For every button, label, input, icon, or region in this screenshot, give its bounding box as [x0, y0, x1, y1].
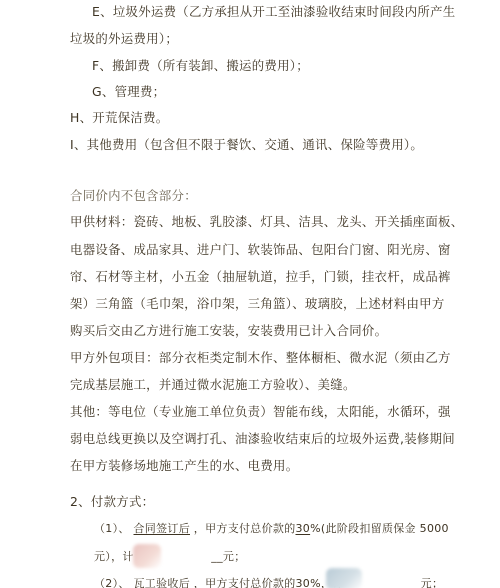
term-amount-label: 元），计: [94, 550, 134, 563]
term-text-a: ，甲方支付总价款的: [194, 522, 296, 535]
fee-item-e-line2: 垃圾的外运费用）；: [70, 29, 178, 47]
term-amount-unit: __元；: [211, 550, 245, 563]
payment-heading: 2、付款方式：: [70, 492, 154, 510]
supply-line-4: 架）三角篮（毛巾架，浴巾架，三角篮）、玻璃胶，上述材料由甲方: [70, 294, 445, 312]
fee-item-g: G、管理费；: [92, 82, 165, 100]
fee-item-i: I、其他费用（包含但不限于餐饮、交通、通讯、保险等费用）。: [70, 135, 423, 153]
supply-line-2: 电器设备、成品家具、进户门、软装饰品、包阳台门窗、阳光房、窗: [70, 240, 451, 258]
term-number: （2）、: [94, 577, 130, 588]
term-percent: 30: [296, 522, 311, 535]
term-number: （1）、: [94, 522, 130, 535]
redaction-smudge: [326, 568, 362, 588]
term-condition: 瓦工验收后: [134, 577, 191, 588]
payment-term-1-line2: 元），计 __元；: [94, 548, 246, 564]
term-amount-unit: __元；: [409, 577, 443, 588]
outsourced-line-1: 甲方外包项目：部分衣柜类定制木作、整体橱柜、微水泥（须由乙方: [70, 348, 451, 366]
payment-term-1: （1）、 合同签订后 ，甲方支付总价款的30%(此阶段扣留质保金 5000: [94, 520, 449, 536]
term-condition: 合同签订后: [134, 522, 191, 535]
outsourced-line-2: 完成基层施工，并通过微水泥施工方验收）、美缝。: [70, 375, 356, 393]
supply-line-3: 帘、石材等主材，小五金（抽屉轨道，拉手，门锁，挂衣杆，成品裤: [70, 267, 451, 285]
excluded-heading: 合同价内不包含部分：: [70, 186, 197, 204]
payment-term-2: （2）、 瓦工验收后 ，甲方支付总价款的30%，计 __元；: [94, 575, 443, 588]
fee-item-f: F、搬卸费（所有装卸、搬运的费用）；: [92, 56, 309, 74]
term-percent: 30: [296, 577, 311, 588]
other-line-1: 其他：等电位（专业施工单位负责）智能布线，太阳能，水循环，强: [70, 402, 451, 420]
other-line-3: 在甲方装修场地施工产生的水、电费用。: [70, 456, 298, 474]
fee-item-e-line1: E、垃圾外运费（乙方承担从开工至油漆验收结束时间段内所产生: [92, 2, 455, 20]
term-text-b: %(此阶段扣留质保金 5000: [310, 522, 449, 535]
fee-item-h: H、开荒保洁费。: [70, 108, 168, 126]
term-text-a: ，甲方支付总价款的: [194, 577, 296, 588]
redaction-smudge: [133, 544, 161, 568]
supply-line-5: 购买后交由乙方进行施工安装，安装费用已计入合同价。: [70, 321, 387, 339]
other-line-2: 弱电总线更换以及空调打孔、油漆验收结束后的垃圾外运费,装修期间: [70, 429, 455, 447]
supply-line-1: 甲供材料：瓷砖、地板、乳胶漆、灯具、洁具、龙头、开关插座面板、: [70, 212, 463, 230]
